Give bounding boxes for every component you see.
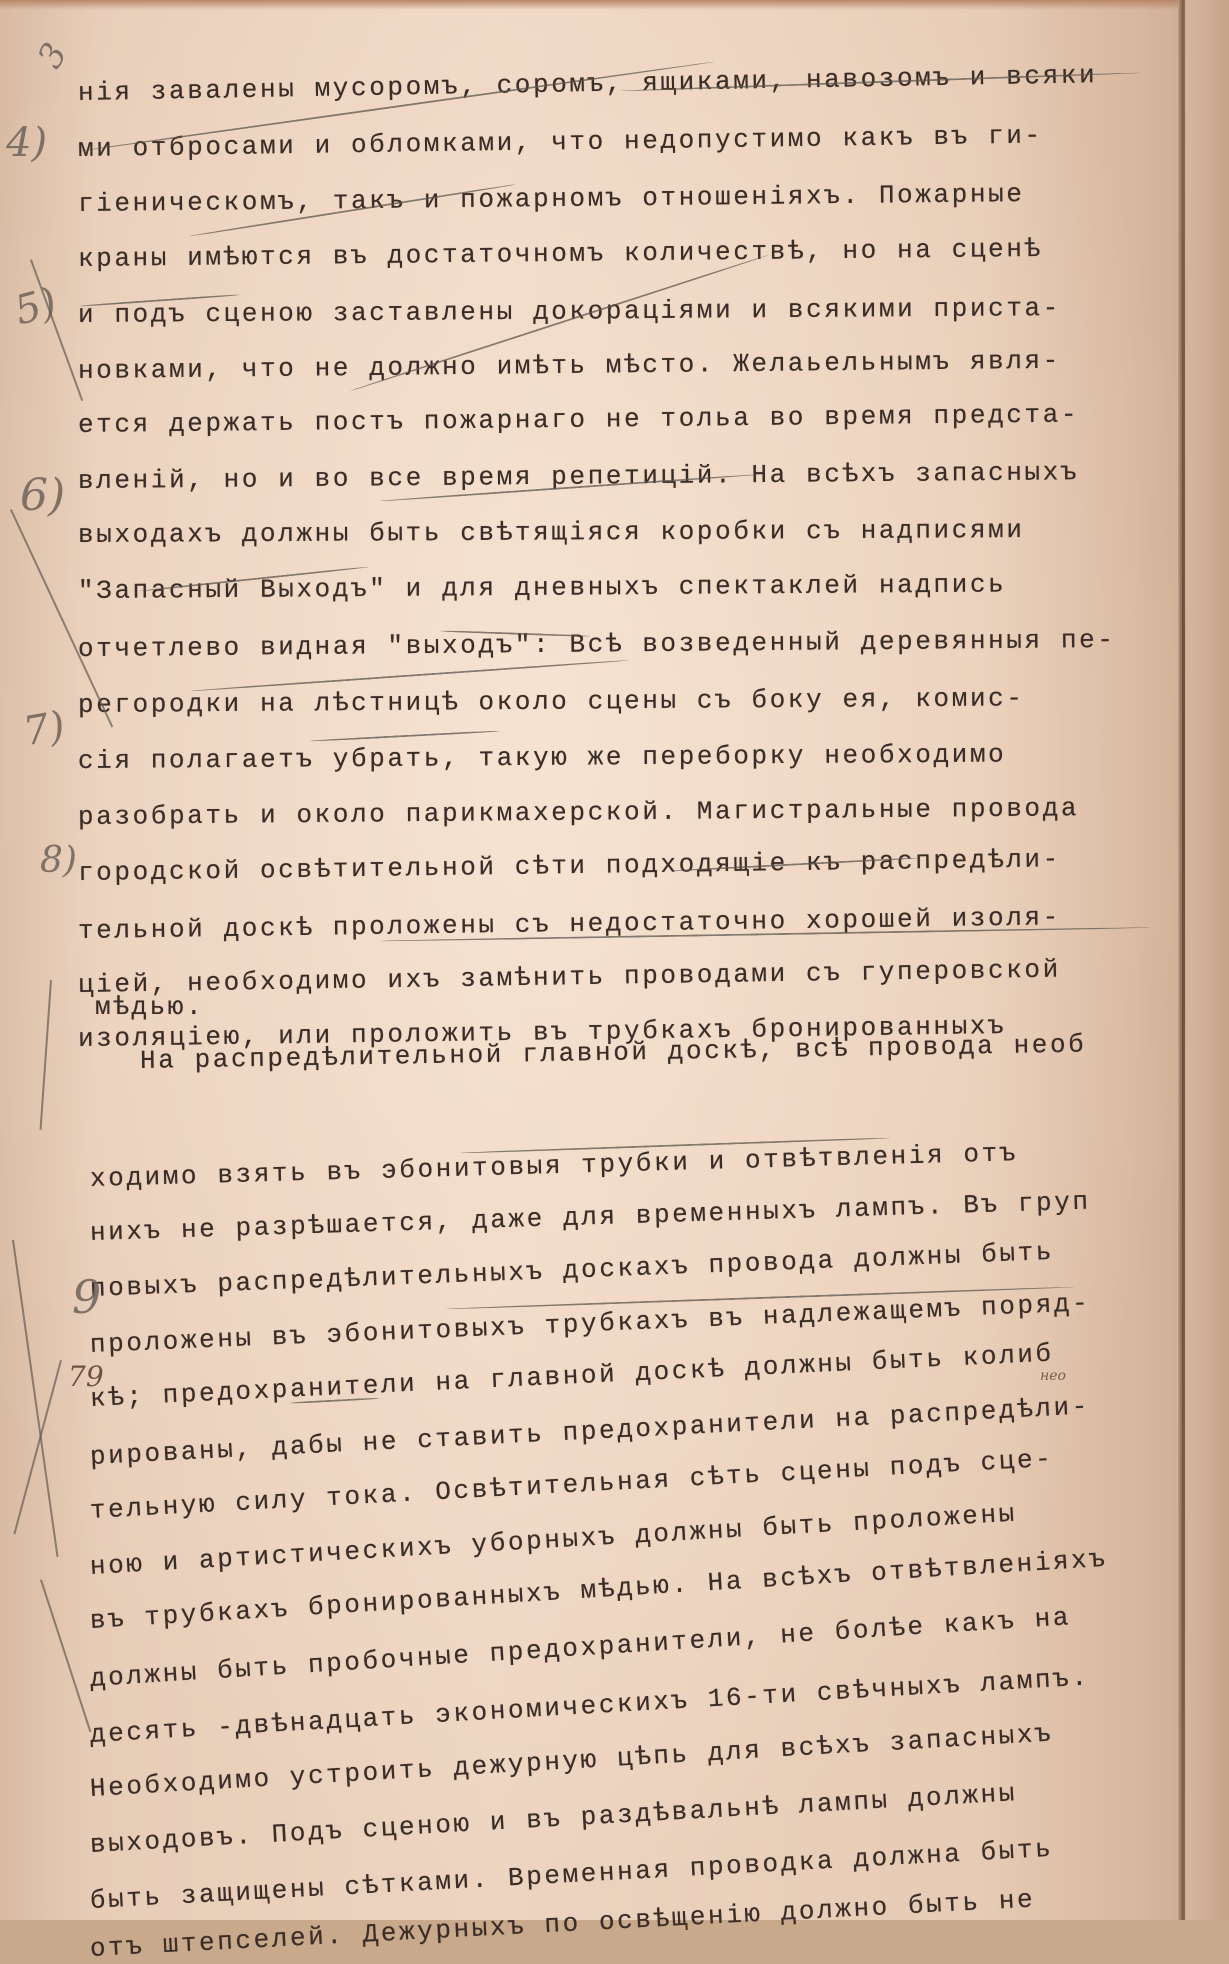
- pencil-underline: [310, 730, 500, 742]
- margin-pencil-stroke: [40, 1579, 91, 1732]
- margin-note-handwritten: 8): [40, 840, 77, 881]
- margin-pencil-stroke: [40, 980, 52, 1130]
- typed-line: отчетлево видная "выходъ": Всѣ возведенн…: [78, 625, 1116, 664]
- margin-note-handwritten: 7): [20, 703, 68, 755]
- inline-correction: нео: [1040, 1368, 1066, 1384]
- document-page: нія завалены мусоромъ, соромъ, ящиками, …: [0, 0, 1229, 1920]
- typed-line: вленій, но и во все время репетицій. На …: [78, 457, 1079, 496]
- margin-note-handwritten: 3: [30, 36, 75, 75]
- typed-line: и подъ сценою заставлены докораціями и в…: [78, 293, 1061, 330]
- typed-line: сія полагаетъ убрать, такую же переборку…: [78, 740, 1007, 776]
- typed-line: ми отбросами и обломками, что недопустим…: [78, 121, 1043, 164]
- margin-note-handwritten: 4): [6, 120, 47, 166]
- typed-line: городской освѣтительной сѣти подходящіе …: [78, 844, 1061, 888]
- typed-line: ется держать постъ пожарнаго не тольа во…: [78, 400, 1079, 440]
- typed-line: ціей, необходимо ихъ замѣнить проводами …: [78, 955, 1061, 1000]
- typed-line: разобрать и около парикмахерской. Магист…: [78, 793, 1079, 832]
- typed-line: нія завалены мусоромъ, соромъ, ящиками, …: [78, 60, 1098, 108]
- typed-line: повыхъ распредѣлительныхъ доскахъ провод…: [89, 1237, 1054, 1304]
- margin-note-handwritten: 6): [20, 470, 65, 521]
- margin-note-handwritten: 9: [72, 1270, 101, 1324]
- typed-line: краны имѣются въ достаточномъ количествѣ…: [78, 234, 1043, 274]
- typed-line: тельной доскѣ проложены съ недостаточно …: [78, 902, 1061, 946]
- typed-line: мѣдью.: [95, 992, 204, 1022]
- margin-note-handwritten: 79: [68, 1360, 104, 1393]
- page-binding: [1178, 0, 1229, 1920]
- typed-line: гіеническомъ, такъ и пожарномъ отношенія…: [78, 179, 1025, 219]
- typed-line: выходахъ должны быть свѣтящіяся коробки …: [78, 515, 1025, 550]
- page-top-edge: [0, 0, 1229, 10]
- typed-line: "Запасный Выходъ" и для дневныхъ спектак…: [78, 570, 1007, 606]
- typed-line: новками, что не должно имѣть мѣсто. Жела…: [78, 346, 1061, 386]
- margin-pencil-stroke: [13, 1360, 62, 1534]
- typed-line: ходимо взять въ эбонитовыя трубки и отвѣ…: [90, 1138, 1019, 1194]
- typed-line: нихъ не разрѣшается, даже для временныхъ…: [90, 1187, 1092, 1248]
- binding-crease: [1182, 0, 1185, 1920]
